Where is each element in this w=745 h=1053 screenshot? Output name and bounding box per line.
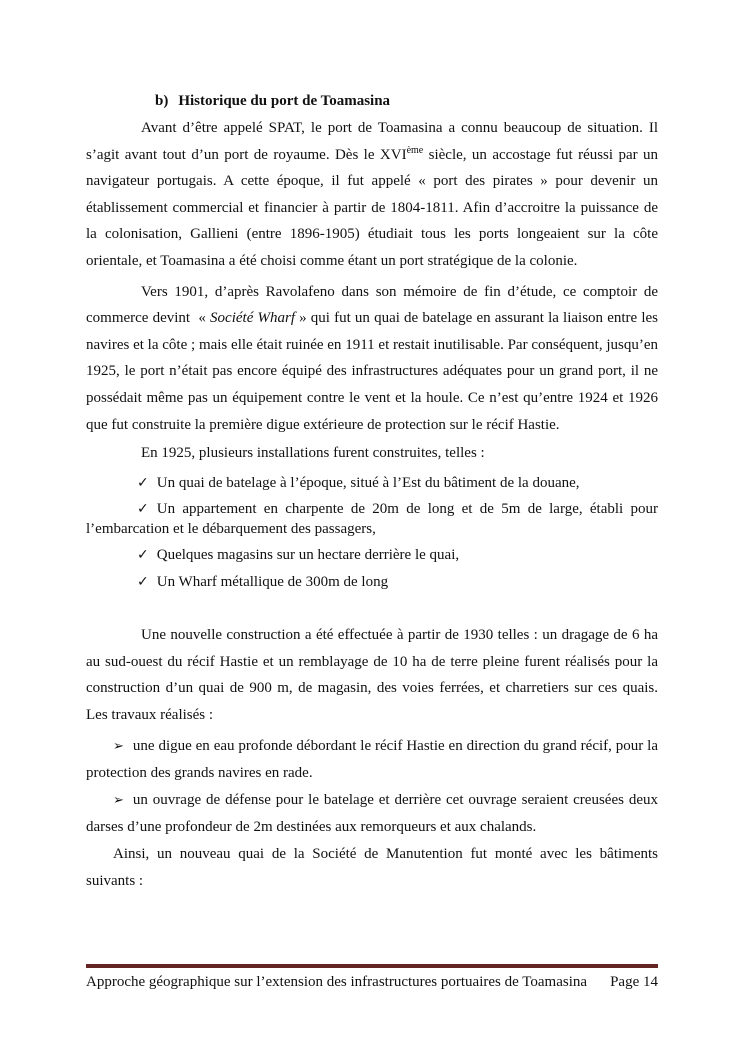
arrow-list-item: ➢une digue en eau profonde débordant le … xyxy=(86,733,658,787)
heading-text: Historique du port de Toamasina xyxy=(178,93,390,109)
document-page: b)Historique du port de Toamasina Avant … xyxy=(0,0,745,1053)
check-bullet-icon: ✓ xyxy=(137,500,149,520)
check-list-item: ✓Un quai de batelage à l’époque, situé à… xyxy=(86,474,658,494)
paragraph-history-intro: Avant d’être appelé SPAT, le port de Toa… xyxy=(86,115,658,275)
heading-prefix: b) xyxy=(155,93,168,109)
footer-divider xyxy=(86,964,658,968)
footer-title: Approche géographique sur l’extension de… xyxy=(86,973,587,991)
arrow-bullet-icon: ➢ xyxy=(113,734,124,761)
arrow-bullet-icon: ➢ xyxy=(113,788,124,815)
section-heading: b)Historique du port de Toamasina xyxy=(86,88,658,115)
arrow-list-item: ➢un ouvrage de défense pour le batelage … xyxy=(86,787,658,841)
list-item-text: une digue en eau profonde débordant le r… xyxy=(86,738,658,782)
check-bullet-icon: ✓ xyxy=(137,546,149,566)
arrow-list: ➢une digue en eau profonde débordant le … xyxy=(86,733,658,841)
list-item-text: Un quai de batelage à l’époque, situé à … xyxy=(157,475,580,491)
page-body: b)Historique du port de Toamasina Avant … xyxy=(86,88,658,894)
paragraph-societe-wharf: Vers 1901, d’après Ravolafeno dans son m… xyxy=(86,279,658,439)
paragraph-text: siècle, un accostage fut réussi par un n… xyxy=(86,147,658,269)
page-footer: Approche géographique sur l’extension de… xyxy=(86,964,658,991)
list-item-text: Un appartement en charpente de 20m de lo… xyxy=(86,501,658,537)
paragraph-construction-1930: Une nouvelle construction a été effectué… xyxy=(86,622,658,728)
check-bullet-icon: ✓ xyxy=(137,573,149,593)
check-list-item: ✓Un appartement en charpente de 20m de l… xyxy=(86,500,658,539)
paragraph-installations-1925: En 1925, plusieurs installations furent … xyxy=(86,440,658,467)
list-item-text: Un Wharf métallique de 300m de long xyxy=(157,574,388,590)
check-list-item: ✓Quelques magasins sur un hectare derriè… xyxy=(86,546,658,566)
list-item-text: Quelques magasins sur un hectare derrièr… xyxy=(157,547,459,563)
ordinal-superscript: ème xyxy=(407,145,424,156)
check-list-item: ✓Un Wharf métallique de 300m de long xyxy=(86,573,658,593)
list-item-text: un ouvrage de défense pour le batelage e… xyxy=(86,792,658,836)
check-list: ✓Un quai de batelage à l’époque, situé à… xyxy=(86,474,658,593)
footer-row: Approche géographique sur l’extension de… xyxy=(86,973,658,991)
paragraph-text: » qui fut un quai de batelage en assuran… xyxy=(86,310,658,432)
check-bullet-icon: ✓ xyxy=(137,474,149,494)
italic-term: Société Wharf xyxy=(210,310,295,326)
page-number: Page 14 xyxy=(610,973,658,991)
paragraph-nouveau-quai: Ainsi, un nouveau quai de la Société de … xyxy=(86,841,658,894)
